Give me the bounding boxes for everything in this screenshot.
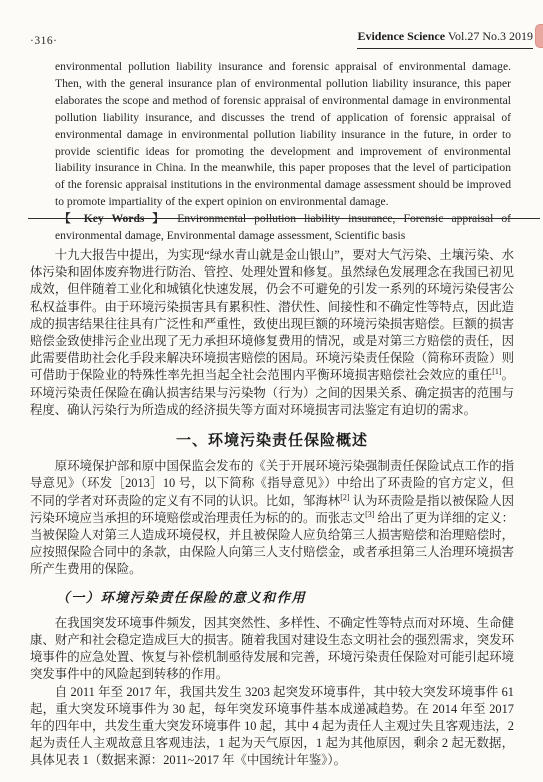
- journal-header: Evidence Science Vol.27 No.3 2019: [357, 29, 533, 49]
- subsection-1-paragraph-1: 在我国突发环境事件频发，因其突然性、多样性、不确定性等特点而对环境、生命健康、财…: [30, 615, 514, 684]
- journal-name: Evidence Science: [357, 29, 445, 43]
- citation-ref-1: [1]: [492, 367, 501, 376]
- citation-ref-2: [2]: [340, 493, 349, 502]
- section-1-paragraph: 原环境保护部和原中国保监会发布的《关于开展环境污染强制责任保险试点工作的指导意见…: [30, 458, 514, 578]
- journal-issue: Vol.27 No.3 2019: [445, 29, 533, 43]
- header-divider-rule: [28, 218, 540, 219]
- subsection-1-paragraph-2: 自 2011 年至 2017 年，我国共发生 3203 起突发环境事件，其中较大…: [30, 684, 514, 770]
- page-number: ·316·: [30, 35, 57, 47]
- journal-page: ·316· Evidence Science Vol.27 No.3 2019 …: [0, 0, 543, 782]
- abstract-continuation-text: environmental pollution liability insura…: [55, 59, 511, 211]
- section-1-heading: 一、环境污染责任保险概述: [30, 432, 514, 449]
- red-bookmark-mark: [535, 24, 543, 48]
- article-body: 十九大报告中提出，为实现“绿水青山就是金山银山”，要对大气污染、土壤污染、水体污…: [30, 247, 514, 770]
- subsection-1-heading: （一）环境污染责任保险的意义和作用: [30, 589, 514, 606]
- intro-paragraph: 十九大报告中提出，为实现“绿水青山就是金山银山”，要对大气污染、土壤污染、水体污…: [30, 247, 514, 419]
- citation-ref-3: [3]: [365, 510, 374, 519]
- intro-paragraph-text-1: 十九大报告中提出，为实现“绿水青山就是金山银山”，要对大气污染、土壤污染、水体污…: [30, 248, 514, 382]
- keywords-line: 【 Key Words 】 Environmental pollution li…: [55, 211, 511, 245]
